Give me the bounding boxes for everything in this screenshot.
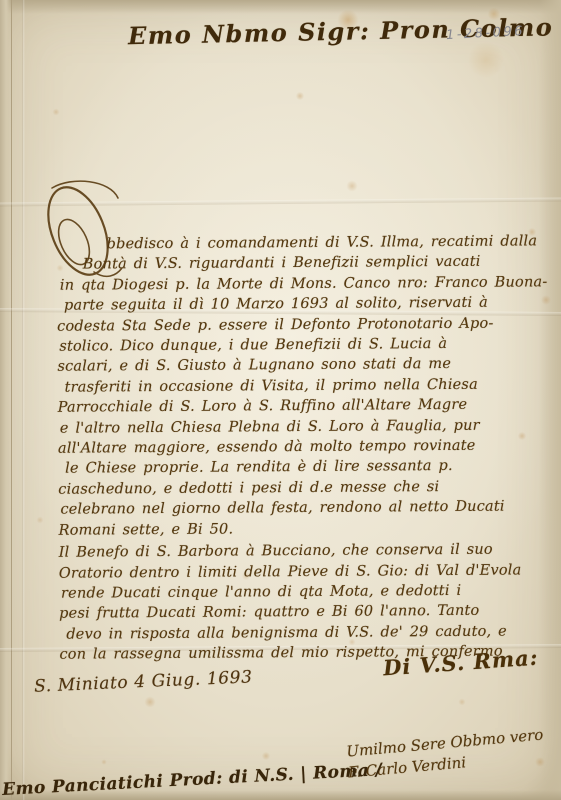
vertical-fold-crease	[22, 0, 25, 800]
manuscript-line: Oratorio dentro i limiti della Pieve di …	[59, 560, 545, 584]
manuscript-line: celebrano nel giorno della festa, rendon…	[60, 497, 544, 521]
manuscript-line: Romani sette, e Bi 50.	[58, 517, 544, 541]
manuscript-line: codesta Sta Sede p. essere il Defonto Pr…	[57, 313, 543, 337]
manuscript-line: trasferiti in occasione di Visita, il pr…	[65, 374, 544, 398]
manuscript-line: parte seguita il dì 10 Marzo 1693 al sol…	[64, 293, 543, 317]
manuscript-line: all'Altare maggiore, essendo dà molto te…	[58, 435, 544, 459]
letter-body: bbedisco à i comandamenti di V.S. Illma,…	[57, 231, 546, 665]
paper-binding-edge	[0, 0, 12, 800]
manuscript-line: Il Benefo di S. Barbora à Bucciano, che …	[59, 539, 545, 563]
paper-torn-top-edge	[0, 0, 561, 14]
manuscript-photo: Emo Nbmo Sigr: Pron Colmo 1-28-096 bbedi…	[0, 0, 561, 800]
